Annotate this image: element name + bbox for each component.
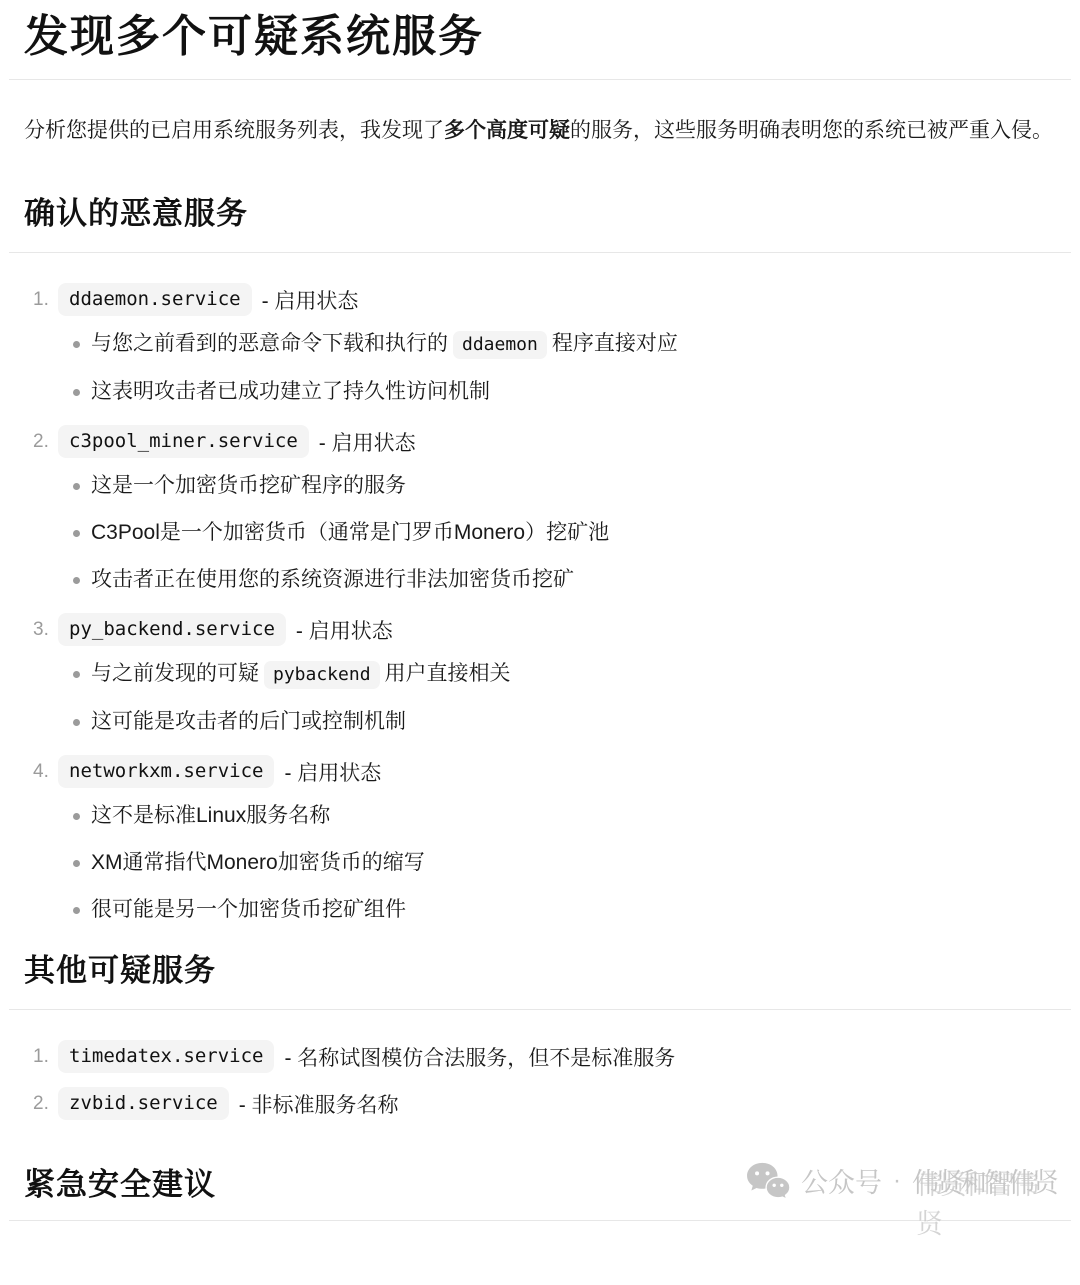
other-suspicious-list: 1. timedatex.service - 名称试图模仿合法服务，但不是标准服…	[24, 1040, 1056, 1121]
service-name-code: networkxm.service	[58, 755, 274, 788]
list-item-service: 4. networkxm.service - 启用状态	[24, 755, 1056, 789]
service-name-code: timedatex.service	[58, 1040, 274, 1073]
bullet-item: XM通常指代Monero加密货币的缩写	[73, 849, 1056, 877]
intro-text-post: 的服务，这些服务明确表明您的系统已被严重入侵。	[570, 119, 1053, 142]
divider	[9, 252, 1071, 253]
list-number: 1.	[33, 1046, 57, 1068]
divider	[9, 1220, 1071, 1221]
bullet-text: 与您之前看到的恶意命令下载和执行的ddaemon程序直接对应	[91, 330, 678, 359]
service-note: - 名称试图模仿合法服务，但不是标准服务	[284, 1042, 675, 1072]
divider	[9, 79, 1071, 80]
bullet-item: 这是一个加密货币挖矿程序的服务	[73, 472, 1056, 500]
advice-heading-row: 紧急安全建议 公众号 · 伟贤和智伟贤伟贤和智伟贤	[24, 1161, 1056, 1203]
service-name-code: c3pool_miner.service	[58, 425, 309, 458]
bullet-text: XM通常指代Monero加密货币的缩写	[91, 849, 425, 877]
bullet-icon	[73, 389, 80, 396]
service-status: - 启用状态	[262, 285, 359, 315]
list-item-service: 1. ddaemon.service - 启用状态	[24, 283, 1056, 317]
service-status: - 启用状态	[284, 757, 381, 787]
watermark-name-layer: 伟贤和智伟贤	[916, 1163, 1056, 1241]
bullet-item: 与您之前看到的恶意命令下载和执行的ddaemon程序直接对应	[73, 330, 1056, 359]
list-item-service: 3. py_backend.service - 启用状态	[24, 613, 1056, 647]
watermark: 公众号 · 伟贤和智伟贤伟贤和智伟贤	[745, 1161, 1056, 1203]
bullet-item: 这不是标准Linux服务名称	[73, 802, 1056, 830]
section-heading-confirmed-malicious: 确认的恶意服务	[24, 195, 1056, 232]
service-status: - 启用状态	[319, 427, 416, 457]
service-note: - 非标准服务名称	[239, 1089, 399, 1119]
bullet-text-pre: 与之前发现的可疑	[91, 662, 259, 685]
bullet-text-pre: 与您之前看到的恶意命令下载和执行的	[91, 332, 448, 355]
divider	[9, 1009, 1071, 1010]
page-title: 发现多个可疑系统服务	[24, 12, 1056, 63]
service-name-code: ddaemon.service	[58, 283, 252, 316]
section-heading-other-suspicious: 其他可疑服务	[24, 952, 1056, 989]
list-item-service: 1. timedatex.service - 名称试图模仿合法服务，但不是标准服…	[24, 1040, 1056, 1074]
confirmed-malicious-list: 1. ddaemon.service - 启用状态 与您之前看到的恶意命令下载和…	[24, 283, 1056, 924]
list-item-service: 2. zvbid.service - 非标准服务名称	[24, 1087, 1056, 1121]
bullet-item: 这可能是攻击者的后门或控制机制	[73, 708, 1056, 736]
list-number: 2.	[33, 1093, 57, 1115]
list-item-service: 2. c3pool_miner.service - 启用状态	[24, 425, 1056, 459]
list-number: 2.	[33, 431, 57, 453]
bullet-icon	[73, 813, 80, 820]
bullet-item: 攻击者正在使用您的系统资源进行非法加密货币挖矿	[73, 566, 1056, 594]
bullet-icon	[73, 671, 80, 678]
list-number: 4.	[33, 761, 57, 783]
intro-paragraph: 分析您提供的已启用系统服务列表，我发现了多个高度可疑的服务，这些服务明确表明您的…	[24, 111, 1056, 151]
bullet-icon	[73, 860, 80, 867]
bullet-item: 这表明攻击者已成功建立了持久性访问机制	[73, 378, 1056, 406]
service-status: - 启用状态	[296, 615, 393, 645]
list-number: 1.	[33, 289, 57, 311]
wechat-icon	[745, 1161, 791, 1201]
inline-code: pybackend	[264, 661, 380, 689]
service-name-code: zvbid.service	[58, 1087, 229, 1120]
bullet-text: 这不是标准Linux服务名称	[91, 802, 330, 830]
bullet-text: 很可能是另一个加密货币挖矿组件	[91, 896, 406, 924]
bullet-icon	[73, 577, 80, 584]
bullet-text: 与之前发现的可疑pybackend用户直接相关	[91, 660, 511, 689]
bullet-item: C3Pool是一个加密货币（通常是门罗币Monero）挖矿池	[73, 519, 1056, 547]
bullet-text: 攻击者正在使用您的系统资源进行非法加密货币挖矿	[91, 566, 574, 594]
bullet-icon	[73, 341, 80, 348]
bullet-icon	[73, 719, 80, 726]
service-name-code: py_backend.service	[58, 613, 286, 646]
bullet-text: C3Pool是一个加密货币（通常是门罗币Monero）挖矿池	[91, 519, 609, 547]
bullet-text: 这可能是攻击者的后门或控制机制	[91, 708, 406, 736]
section-heading-urgent-advice: 紧急安全建议	[24, 1166, 216, 1203]
watermark-name: 伟贤和智伟贤伟贤和智伟贤	[912, 1161, 1056, 1200]
bullet-icon	[73, 483, 80, 490]
bullet-item: 很可能是另一个加密货币挖矿组件	[73, 896, 1056, 924]
bullet-icon	[73, 530, 80, 537]
bullet-item: 与之前发现的可疑pybackend用户直接相关	[73, 660, 1056, 689]
intro-text-pre: 分析您提供的已启用系统服务列表，我发现了	[24, 119, 444, 142]
watermark-label: 公众号	[801, 1161, 882, 1200]
list-number: 3.	[33, 619, 57, 641]
bullet-icon	[73, 907, 80, 914]
bullet-text-post: 程序直接对应	[552, 332, 678, 355]
bullet-text: 这表明攻击者已成功建立了持久性访问机制	[91, 378, 490, 406]
bullet-text-post: 用户直接相关	[385, 662, 511, 685]
article: 发现多个可疑系统服务 分析您提供的已启用系统服务列表，我发现了多个高度可疑的服务…	[0, 12, 1080, 1221]
watermark-separator: ·	[893, 1167, 901, 1195]
bullet-text: 这是一个加密货币挖矿程序的服务	[91, 472, 406, 500]
intro-text-bold: 多个高度可疑	[444, 119, 570, 142]
inline-code: ddaemon	[453, 331, 547, 359]
